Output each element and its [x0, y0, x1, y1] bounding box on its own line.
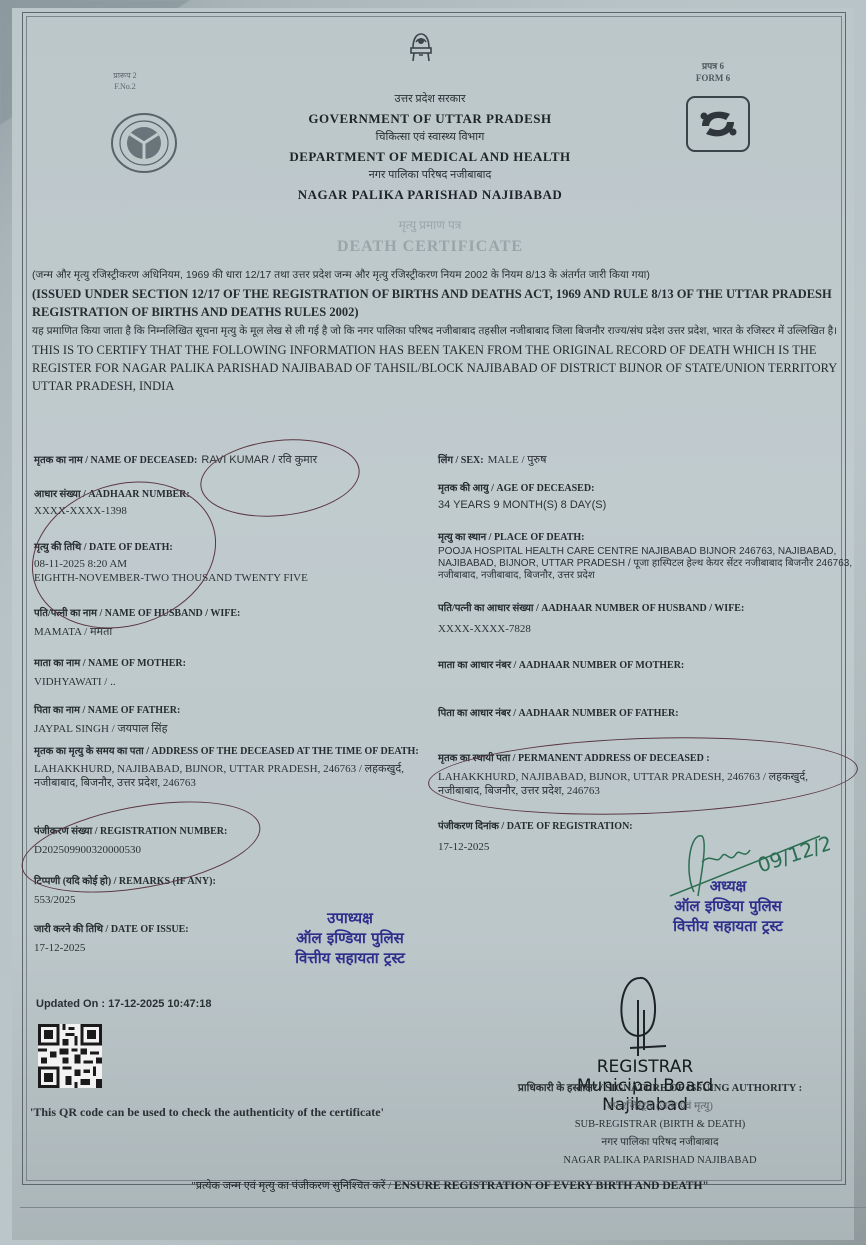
field-label: आधार संख्या / AADHAAR NUMBER: — [34, 486, 434, 500]
deceased-name-value: RAVI KUMAR / रवि कुमार — [201, 454, 317, 466]
remarks-value: 553/2025 — [34, 893, 434, 907]
field-date-of-death: मृत्यु की तिथि / DATE OF DEATH: 08-11-20… — [34, 539, 434, 585]
field-sex: लिंग / SEX: MALE / पुरुष — [438, 450, 858, 468]
slogan-en: ENSURE REGISTRATION OF EVERY BIRTH AND D… — [394, 1180, 709, 1192]
signature-label: प्राधिकारी के हस्ताक्षर / SIGNATURE OF I… — [470, 1080, 850, 1098]
form-number-en: F.No.2 — [102, 81, 148, 92]
registrar-signature — [610, 970, 670, 1060]
date-of-death-value: 08-11-2025 8:20 AM — [34, 557, 434, 571]
department-en: DEPARTMENT OF MEDICAL AND HEALTH — [240, 147, 620, 166]
issued-under-hi: (जन्म और मृत्यु रजिस्ट्रीकरण अधिनियम, 19… — [32, 266, 850, 284]
state-gov-en: GOVERNMENT OF UTTAR PRADESH — [240, 109, 620, 128]
date-of-death-words: EIGHTH-NOVEMBER-TWO THOUSAND TWENTY FIVE — [34, 571, 434, 585]
state-gov-hi: उत्तर प्रदेश सरकार — [240, 90, 620, 109]
mother-name-value: VIDHYAWATI / .. — [34, 675, 434, 689]
footer-divider — [20, 1207, 866, 1208]
field-name-of-deceased: मृतक का नाम / NAME OF DECEASED: RAVI KUM… — [34, 450, 434, 468]
form-label: प्रपत्र 6 FORM 6 — [688, 60, 738, 84]
slogan-hi: "प्रत्येक जन्म एवं मृत्यु का पंजीकरण सुन… — [191, 1180, 394, 1192]
certify-hi: यह प्रमाणित किया जाता है कि निम्नलिखित स… — [32, 322, 850, 340]
authority-hi: नगर पालिका परिषद नजीबाबाद — [470, 1134, 850, 1152]
field-aadhaar-of-father: पिता का आधार नंबर / AADHAAR NUMBER OF FA… — [438, 705, 858, 719]
updated-on: Updated On : 17-12-2025 10:47:18 — [36, 998, 211, 1010]
local-body-hi: नगर पालिका परिषद नजीबाबाद — [240, 166, 620, 185]
field-aadhaar-of-mother: माता का आधार नंबर / AADHAAR NUMBER OF MO… — [438, 657, 858, 671]
field-label: पिता का नाम / NAME OF FATHER: — [34, 702, 434, 716]
sex-value: MALE / पुरुष — [488, 454, 547, 466]
form-number-hi: प्रारूप 2 — [102, 70, 148, 81]
field-label: माता का आधार नंबर / AADHAAR NUMBER OF MO… — [438, 657, 858, 671]
field-label: मृतक का मृत्यु के समय का पता / ADDRESS O… — [34, 746, 434, 758]
left-small-text: प्रारूप 2 F.No.2 — [102, 70, 148, 92]
field-name-of-father: पिता का नाम / NAME OF FATHER: JAYPAL SIN… — [34, 702, 434, 736]
stamp-line: REGISTRAR — [560, 1058, 730, 1077]
national-emblem-icon — [405, 28, 437, 68]
stamp-line: ऑल इण्डिया पुलिस — [648, 896, 808, 916]
qr-code-icon[interactable] — [38, 1024, 102, 1088]
field-label: पिता का आधार नंबर / AADHAAR NUMBER OF FA… — [438, 705, 858, 719]
certificate-title-hi: मृत्यु प्रमाण पत्र — [300, 216, 560, 233]
vice-president-stamp: उपाध्यक्ष ऑल इण्डिया पुलिस वित्तीय सहायत… — [270, 908, 430, 968]
field-address-at-death: मृतक का मृत्यु के समय का पता / ADDRESS O… — [34, 746, 434, 790]
issuing-authority-header: उत्तर प्रदेश सरकार GOVERNMENT OF UTTAR P… — [240, 90, 620, 204]
crs-logo-icon — [686, 96, 750, 152]
field-label: मृतक की आयु / AGE OF DECEASED: — [438, 480, 858, 494]
field-place-of-death: मृत्यु का स्थान / PLACE OF DEATH: POOJA … — [438, 529, 858, 582]
field-name-of-spouse: पति/पत्नी का नाम / NAME OF HUSBAND / WIF… — [34, 605, 434, 639]
field-remarks: टिप्पणी (यदि कोई हो) / REMARKS (IF ANY):… — [34, 873, 434, 907]
age-value: 34 YEARS 9 MONTH(S) 8 DAY(S) — [438, 498, 858, 512]
address-at-death-value: LAHAKKHURD, NAJIBABAD, BIJNOR, UTTAR PRA… — [34, 762, 434, 790]
svg-text:09/12/25: 09/12/25 — [754, 827, 830, 878]
aadhaar-value: XXXX-XXXX-1398 — [34, 504, 434, 518]
stamp-line: वित्तीय सहायता ट्रस्ट — [270, 948, 430, 968]
president-stamp: अध्यक्ष ऑल इण्डिया पुलिस वित्तीय सहायता … — [648, 876, 808, 936]
registration-slogan: "प्रत्येक जन्म एवं मृत्यु का पंजीकरण सुन… — [100, 1178, 800, 1193]
form-label-en: FORM 6 — [688, 72, 738, 84]
certify-en: THIS IS TO CERTIFY THAT THE FOLLOWING IN… — [32, 341, 850, 395]
signature-block: प्राधिकारी के हस्ताक्षर / SIGNATURE OF I… — [470, 1080, 850, 1170]
qr-note: 'This QR code can be used to check the a… — [30, 1104, 410, 1120]
field-aadhaar-of-spouse: पति/पत्नी का आधार संख्या / AADHAAR NUMBE… — [438, 600, 858, 636]
local-body-en: NAGAR PALIKA PARISHAD NAJIBABAD — [240, 185, 620, 204]
field-label: मृत्यु का स्थान / PLACE OF DEATH: — [438, 529, 858, 543]
field-label: पति/पत्नी का नाम / NAME OF HUSBAND / WIF… — [34, 605, 434, 619]
certificate-title: DEATH CERTIFICATE — [290, 238, 570, 256]
registration-number-value: D202509900320000530 — [34, 843, 434, 857]
stamp-line: ऑल इण्डिया पुलिस — [270, 928, 430, 948]
field-label: मृतक का स्थायी पता / PERMANENT ADDRESS O… — [438, 750, 854, 764]
field-label: टिप्पणी (यदि कोई हो) / REMARKS (IF ANY): — [34, 873, 434, 887]
permanent-address-value: LAHAKKHURD, NAJIBABAD, BIJNOR, UTTAR PRA… — [438, 770, 854, 798]
preamble: (जन्म और मृत्यु रजिस्ट्रीकरण अधिनियम, 19… — [32, 266, 850, 396]
field-label: पंजीकरण संख्या / REGISTRATION NUMBER: — [34, 823, 434, 837]
field-name-of-mother: माता का नाम / NAME OF MOTHER: VIDHYAWATI… — [34, 655, 434, 689]
field-label: मृतक का नाम / NAME OF DECEASED: — [34, 455, 197, 466]
sub-registrar-en: SUB-REGISTRAR (BIRTH & DEATH) — [470, 1116, 850, 1134]
stamp-line: वित्तीय सहायता ट्रस्ट — [648, 916, 808, 936]
form-label-hi: प्रपत्र 6 — [688, 60, 738, 72]
field-label: पति/पत्नी का आधार संख्या / AADHAAR NUMBE… — [438, 600, 858, 614]
sub-registrar-hi: उप-रजिस्ट्रार (जन्म एवं मृत्यु) — [470, 1098, 850, 1116]
place-of-death-value: POOJA HOSPITAL HEALTH CARE CENTRE NAJIBA… — [438, 546, 858, 582]
stamp-line: अध्यक्ष — [648, 876, 808, 896]
issued-under-en: (ISSUED UNDER SECTION 12/17 OF THE REGIS… — [32, 285, 850, 321]
field-label: मृत्यु की तिथि / DATE OF DEATH: — [34, 539, 434, 553]
spouse-name-value: MAMATA / ममता — [34, 625, 434, 639]
father-name-value: JAYPAL SINGH / जयपाल सिंह — [34, 722, 434, 736]
spouse-aadhaar-value: XXXX-XXXX-7828 — [438, 622, 858, 636]
field-registration-number: पंजीकरण संख्या / REGISTRATION NUMBER: D2… — [34, 823, 434, 857]
field-label: लिंग / SEX: — [438, 455, 484, 466]
department-hi: चिकित्सा एवं स्वास्थ्य विभाग — [240, 128, 620, 147]
stamp-line: उपाध्यक्ष — [270, 908, 430, 928]
up-government-seal-icon — [110, 112, 178, 174]
field-age-of-deceased: मृतक की आयु / AGE OF DECEASED: 34 YEARS … — [438, 480, 858, 512]
authority-en: NAGAR PALIKA PARISHAD NAJIBABAD — [470, 1152, 850, 1170]
field-permanent-address: मृतक का स्थायी पता / PERMANENT ADDRESS O… — [438, 750, 854, 798]
field-aadhaar-number: आधार संख्या / AADHAAR NUMBER: XXXX-XXXX-… — [34, 486, 434, 518]
field-label: माता का नाम / NAME OF MOTHER: — [34, 655, 434, 669]
